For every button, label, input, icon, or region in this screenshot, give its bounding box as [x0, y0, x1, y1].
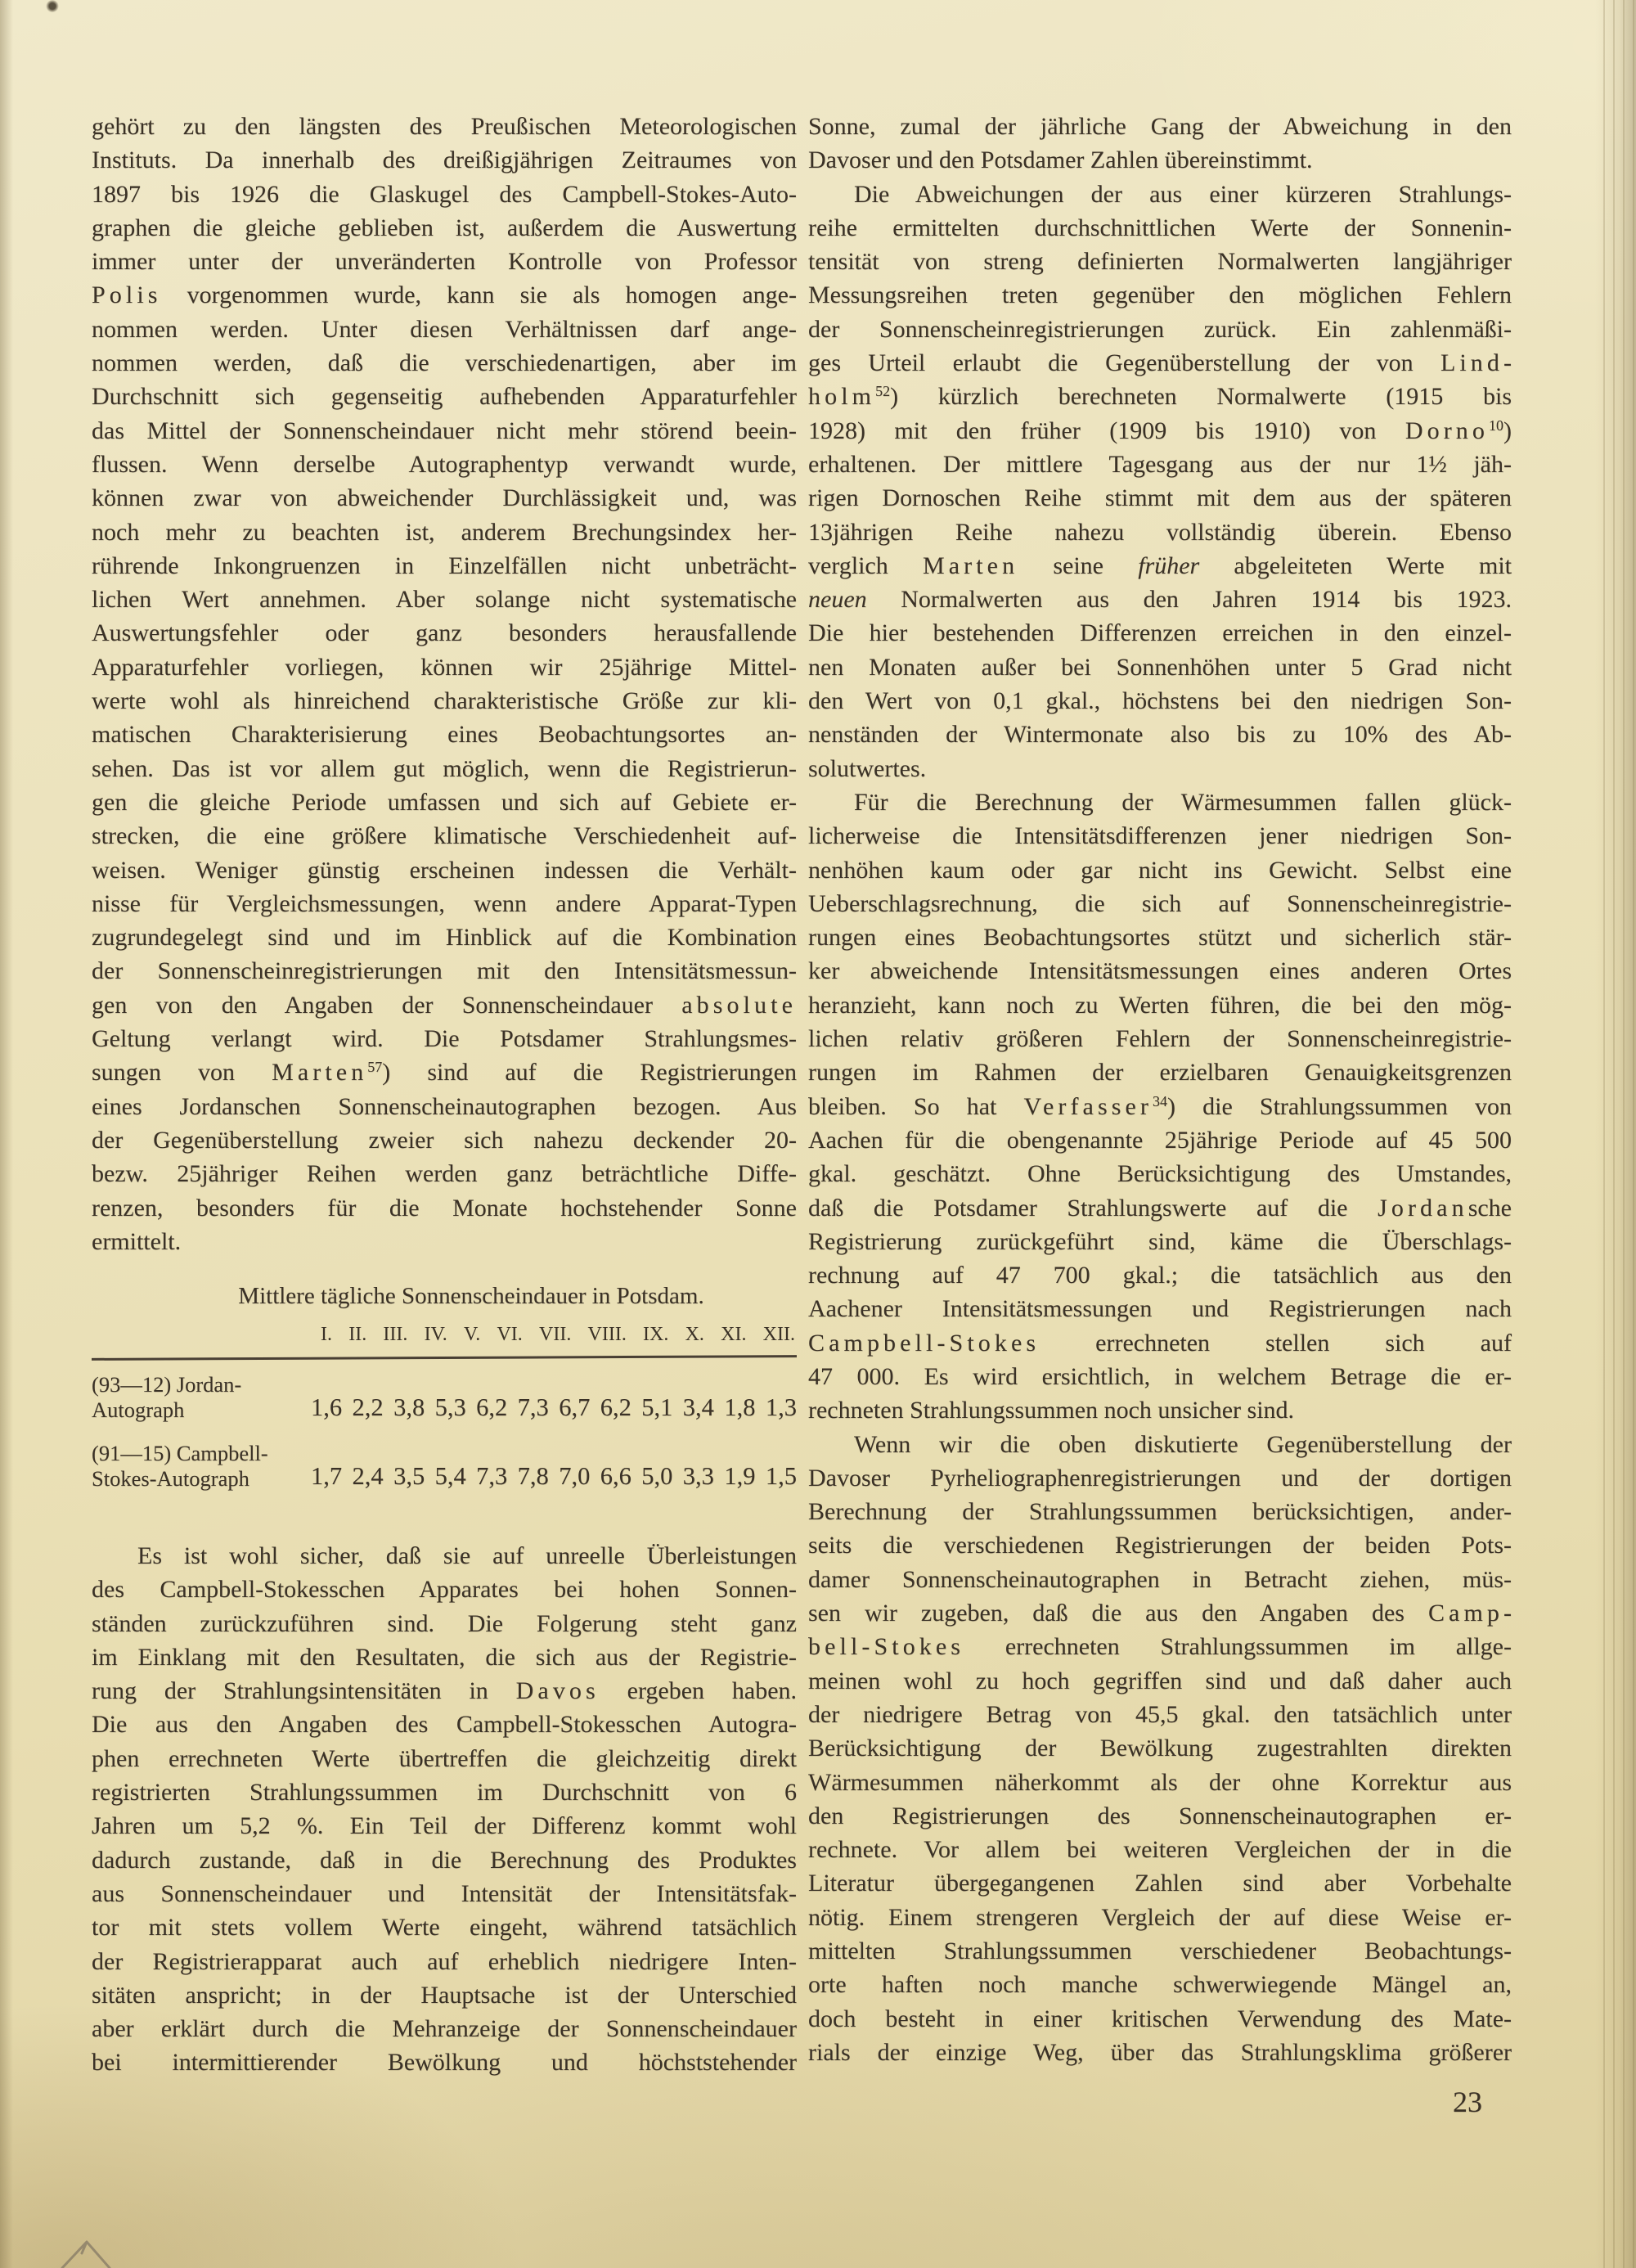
table-value: 5,3 [435, 1393, 466, 1422]
text-line: eines Jordanschen Sonnenscheinautographe… [92, 1093, 797, 1127]
text-line: daß die Potsdamer Strahlungswerte auf di… [808, 1195, 1512, 1228]
text-line: 47 000. Es wird ersichtlich, in welchem … [808, 1363, 1512, 1397]
text-line: Berechnung der Strahlungssummen berücksi… [808, 1498, 1512, 1532]
text-line: nen Monaten außer bei Sonnenhöhen unter … [808, 654, 1512, 687]
text-line: aus Sonnenscheindauer und Intensität der… [92, 1880, 797, 1914]
table-month-header-row: I.II.III.IV.V.VI.VII.VIII.IX.X.XI.XII. [321, 1324, 795, 1346]
text-line: rechnung auf 47 700 gkal.; die tatsächli… [808, 1262, 1512, 1295]
table-value: 3,5 [393, 1462, 425, 1491]
text-line: das Mittel der Sonnenscheindauer nicht m… [92, 417, 797, 451]
text-line: können zwar von abweichender Durchlässig… [92, 484, 797, 518]
table-value: 1,9 [724, 1462, 755, 1491]
table-value: 6,2 [600, 1393, 631, 1422]
text-line: gen die gleiche Periode umfassen und sic… [92, 789, 797, 822]
text-line: des Campbell-Stokesschen Apparates bei h… [92, 1576, 797, 1609]
table-value: 2,4 [353, 1462, 384, 1491]
text-line: nisse für Vergleichsmessungen, wenn ande… [92, 890, 797, 924]
text-line: Sonne, zumal der jährliche Gang der Abwe… [808, 113, 1512, 146]
text-line: seits die verschiedenen Registrierungen … [808, 1532, 1512, 1565]
text-line: gen von den Angaben der Sonnenscheindaue… [92, 992, 797, 1025]
text-line: reihe ermittelten durchschnittlichen Wer… [808, 214, 1512, 248]
text-line: Aachen für die obengenannte 25jährige Pe… [808, 1127, 1512, 1160]
text-line: sehen. Das ist vor allem gut möglich, we… [92, 755, 797, 789]
text-line: gehört zu den längsten des Preußischen M… [92, 113, 797, 146]
text-line: im Einklang mit den Resultaten, die sich… [92, 1644, 797, 1677]
month-header: V. [464, 1324, 480, 1346]
text-line: rigen Dornoschen Reihe stimmt mit dem au… [808, 484, 1512, 518]
page-stack-lines [1595, 0, 1636, 2268]
text-line: bleiben. So hat Verfasser34) die Strahlu… [808, 1093, 1512, 1127]
text-line: rung der Strahlungsintensitäten in Davos… [92, 1677, 797, 1711]
table-value: 5,0 [641, 1462, 672, 1491]
scanned-page: gehört zu den längsten des Preußischen M… [0, 0, 1636, 2268]
text-line: noch mehr zu beachten ist, anderem Brech… [92, 519, 797, 552]
text-line: Polis vorgenommen wurde, kann sie als ho… [92, 281, 797, 315]
text-line: licherweise die Intensitätsdifferenzen j… [808, 822, 1512, 856]
text-line: den Wert von 0,1 gkal., höchstens bei de… [808, 687, 1512, 721]
table-title: Mittlere tägliche Sonnenscheindauer in P… [146, 1283, 797, 1310]
text-line: Die hier bestehenden Differenzen erreich… [808, 619, 1512, 653]
table-value: 7,3 [476, 1462, 507, 1491]
text-line: ges Urteil erlaubt die Gegenüberstellung… [808, 349, 1512, 383]
month-header: VII. [539, 1324, 571, 1346]
text-line: bei intermittierender Bewölkung und höch… [92, 2049, 797, 2082]
table-row: (93—12) Jordan-Autograph1,62,23,85,36,27… [92, 1372, 797, 1423]
month-header: IX. [643, 1324, 668, 1346]
text-line: registrierten Strahlungssummen im Durchs… [92, 1779, 797, 1812]
table-value: 1,6 [311, 1393, 342, 1422]
text-line: 13jährigen Reihe nahezu vollständig über… [808, 519, 1512, 552]
table-value: 5,1 [641, 1393, 672, 1422]
text-line: rungen im Rahmen der erzielbaren Genauig… [808, 1059, 1512, 1092]
text-line: aber erklärt durch die Mehranzeige der S… [92, 2015, 797, 2049]
text-line: matischen Charakterisierung eines Beobac… [92, 721, 797, 754]
text-line: lichen relativ größeren Fehlern der Sonn… [808, 1025, 1512, 1059]
text-line: Berücksichtigung der Bewölkung zugestrah… [808, 1735, 1512, 1768]
text-line: nenhöhen kaum oder gar nicht ins Gewicht… [808, 857, 1512, 890]
table-row: (91—15) Campbell-Stokes-Autograph1,72,43… [92, 1441, 797, 1492]
table-value: 7,3 [518, 1393, 549, 1422]
text-line: Messungsreihen treten gegenüber den mögl… [808, 281, 1512, 315]
text-line: rials der einzige Weg, über das Strahlun… [808, 2039, 1512, 2072]
month-header: VI. [497, 1324, 522, 1346]
text-line: sen wir zugeben, daß die aus den Angaben… [808, 1600, 1512, 1633]
text-line: Davoser und den Potsdamer Zahlen überein… [808, 146, 1512, 180]
text-line: zugrundegelegt sind und im Hinblick auf … [92, 924, 797, 957]
month-header: I. [321, 1324, 332, 1346]
text-line: der Sonnenscheinregistrierungen zurück. … [808, 316, 1512, 349]
table-value: 6,6 [600, 1462, 631, 1491]
text-line: der Gegenüberstellung zweier sich nahezu… [92, 1127, 797, 1160]
table-value: 5,4 [435, 1462, 466, 1491]
text-line: nommen werden, daß die verschiedenartige… [92, 349, 797, 383]
text-line: Aachener Intensitätsmessungen und Regist… [808, 1295, 1512, 1329]
table-value: 1,3 [766, 1393, 797, 1422]
text-line: Jahren um 5,2 %. Ein Teil der Differenz … [92, 1812, 797, 1846]
month-header: III. [383, 1324, 407, 1346]
text-line: der Sonnenscheinregistrierungen mit den … [92, 957, 797, 991]
table-value: 1,5 [766, 1462, 797, 1491]
text-line: dadurch zustande, daß in die Berechnung … [92, 1847, 797, 1880]
text-line: Wärmesummen näherkommt als der ohne Korr… [808, 1769, 1512, 1802]
left-column-paragraph-2: Es ist wohl sicher, daß sie auf unreelle… [92, 1542, 797, 2083]
text-line: bezw. 25jähriger Reihen werden ganz betr… [92, 1160, 797, 1194]
text-line: mittelten Strahlungssummen verschiedener… [808, 1937, 1512, 1971]
text-line: nenständen der Wintermonate also bis zu … [808, 721, 1512, 754]
text-line: Instituts. Da innerhalb des dreißigjähri… [92, 146, 797, 180]
text-line: Durchschnitt sich gegenseitig aufhebende… [92, 383, 797, 416]
text-line: meinen wohl zu hoch gegriffen sind und d… [808, 1667, 1512, 1701]
month-header: XII. [763, 1324, 795, 1346]
text-line: immer unter der unveränderten Kontrolle … [92, 248, 797, 281]
table-value: 7,8 [518, 1462, 549, 1491]
text-line: Ueberschlagsrechnung, die sich auf Sonne… [808, 890, 1512, 924]
text-line: orte haften noch manche schwerwiegende M… [808, 1971, 1512, 2005]
table-value: 3,8 [393, 1393, 425, 1422]
text-line: erhaltenen. Der mittlere Tagesgang aus d… [808, 451, 1512, 484]
text-line: damer Sonnenscheinautographen in Betrach… [808, 1566, 1512, 1600]
text-line: doch besteht in einer kritischen Verwend… [808, 2005, 1512, 2039]
text-line: sitäten anspricht; in der Hauptsache ist… [92, 1982, 797, 2015]
text-line: ker abweichende Intensitätsmessungen ein… [808, 957, 1512, 991]
text-line: renzen, besonders für die Monate hochste… [92, 1195, 797, 1228]
table-value: 1,8 [724, 1393, 755, 1422]
text-line: nommen werden. Unter diesen Verhältnisse… [92, 316, 797, 349]
text-line: phen errechneten Werte übertreffen die g… [92, 1745, 797, 1779]
row-label: (91—15) Campbell-Stokes-Autograph [92, 1441, 311, 1492]
page-left-edge-shading [0, 0, 13, 2268]
text-line: ermittelt. [92, 1228, 797, 1262]
text-line: Es ist wohl sicher, daß sie auf unreelle… [92, 1542, 797, 1576]
text-line: Davoser Pyrheliographenregistrierungen u… [808, 1465, 1512, 1498]
row-values: 1,62,23,85,36,27,36,76,25,13,41,81,3 [311, 1393, 797, 1423]
text-line: den Registrierungen des Sonnenscheinauto… [808, 1802, 1512, 1836]
text-line: 1928) mit den früher (1909 bis 1910) von… [808, 417, 1512, 451]
left-column-paragraph-1: gehört zu den längsten des Preußischen M… [92, 113, 797, 1262]
table-value: 3,4 [683, 1393, 714, 1422]
text-line: nötig. Einem strengeren Vergleich der au… [808, 1904, 1512, 1937]
table-value: 7,0 [559, 1462, 590, 1491]
text-line: rechnete. Vor allem bei weiteren Verglei… [808, 1836, 1512, 1870]
text-line: Auswertungsfehler oder ganz besonders he… [92, 619, 797, 653]
text-line: rungen eines Beobachtungsortes stützt un… [808, 924, 1512, 957]
text-line: werte wohl als hinreichend charakteristi… [92, 687, 797, 721]
text-line: Campbell-Stokes errechneten stellen sich… [808, 1330, 1512, 1363]
text-line: rechneten Strahlungssummen noch unsicher… [808, 1397, 1512, 1430]
text-line: sungen von Marten57) sind auf die Regist… [92, 1059, 797, 1092]
text-line: Wenn wir die oben diskutierte Gegenübers… [808, 1431, 1512, 1465]
right-column: Sonne, zumal der jährliche Gang der Abwe… [808, 113, 1512, 2072]
text-line: der Registrierapparat auch auf erheblich… [92, 1948, 797, 1982]
table-value: 1,7 [311, 1462, 342, 1491]
month-header: IV. [425, 1324, 447, 1346]
text-line: Für die Berechnung der Wärmesummen falle… [808, 789, 1512, 822]
table-value: 6,7 [559, 1393, 590, 1422]
text-line: Die aus den Angaben des Campbell-Stokess… [92, 1711, 797, 1744]
text-line: neuen Normalwerten aus den Jahren 1914 b… [808, 586, 1512, 619]
ink-speck [46, 0, 59, 12]
text-line: weisen. Weniger günstig erscheinen indes… [92, 857, 797, 890]
text-line: ständen zurückzuführen sind. Die Folgeru… [92, 1610, 797, 1644]
text-line: Die Abweichungen der aus einer kürzeren … [808, 181, 1512, 214]
text-line: tensität von streng definierten Normalwe… [808, 248, 1512, 281]
month-header: X. [685, 1324, 704, 1346]
text-line: verglich Marten seine früher abgeleitete… [808, 552, 1512, 586]
row-label: (93—12) Jordan-Autograph [92, 1372, 311, 1423]
sunshine-duration-table: Mittlere tägliche Sonnenscheindauer in P… [92, 1283, 797, 1492]
text-line: lichen Wert annehmen. Aber solange nicht… [92, 586, 797, 619]
text-line: rührende Inkongruenzen in Einzelfällen n… [92, 552, 797, 586]
text-line: solutwertes. [808, 755, 1512, 789]
month-header: II. [348, 1324, 366, 1346]
text-line: Geltung verlangt wird. Die Potsdamer Str… [92, 1025, 797, 1059]
table-rule [92, 1355, 797, 1361]
text-line: Literatur übergegangenen Zahlen sind abe… [808, 1870, 1512, 1903]
text-line: gkal. geschätzt. Ohne Berücksichtigung d… [808, 1160, 1512, 1194]
text-line: 1897 bis 1926 die Glaskugel des Campbell… [92, 181, 797, 214]
text-line: graphen die gleiche geblieben ist, außer… [92, 214, 797, 248]
month-header: VIII. [588, 1324, 627, 1346]
table-value: 6,2 [476, 1393, 507, 1422]
text-line: der niedrigere Betrag von 45,5 gkal. den… [808, 1701, 1512, 1735]
table-value: 2,2 [353, 1393, 384, 1422]
text-line: heranzieht, kann noch zu Werten führen, … [808, 992, 1512, 1025]
text-line: flussen. Wenn derselbe Autographentyp ve… [92, 451, 797, 484]
row-values: 1,72,43,55,47,37,87,06,65,03,31,91,5 [311, 1462, 797, 1492]
text-line: Apparaturfehler vorliegen, können wir 25… [92, 654, 797, 687]
text-line: bell-Stokes errechneten Strahlungssummen… [808, 1633, 1512, 1667]
month-header: XI. [721, 1324, 746, 1346]
table-rows: (93—12) Jordan-Autograph1,62,23,85,36,27… [92, 1372, 797, 1492]
page-number: 23 [1453, 2085, 1482, 2119]
text-line: tor mit stets vollem Werte eingeht, währ… [92, 1914, 797, 1947]
text-line: holm52) kürzlich berechneten Normalwerte… [808, 383, 1512, 416]
table-value: 3,3 [683, 1462, 714, 1491]
text-line: strecken, die eine größere klimatische V… [92, 822, 797, 856]
text-line: Registrierung zurückgeführt sind, käme d… [808, 1228, 1512, 1262]
